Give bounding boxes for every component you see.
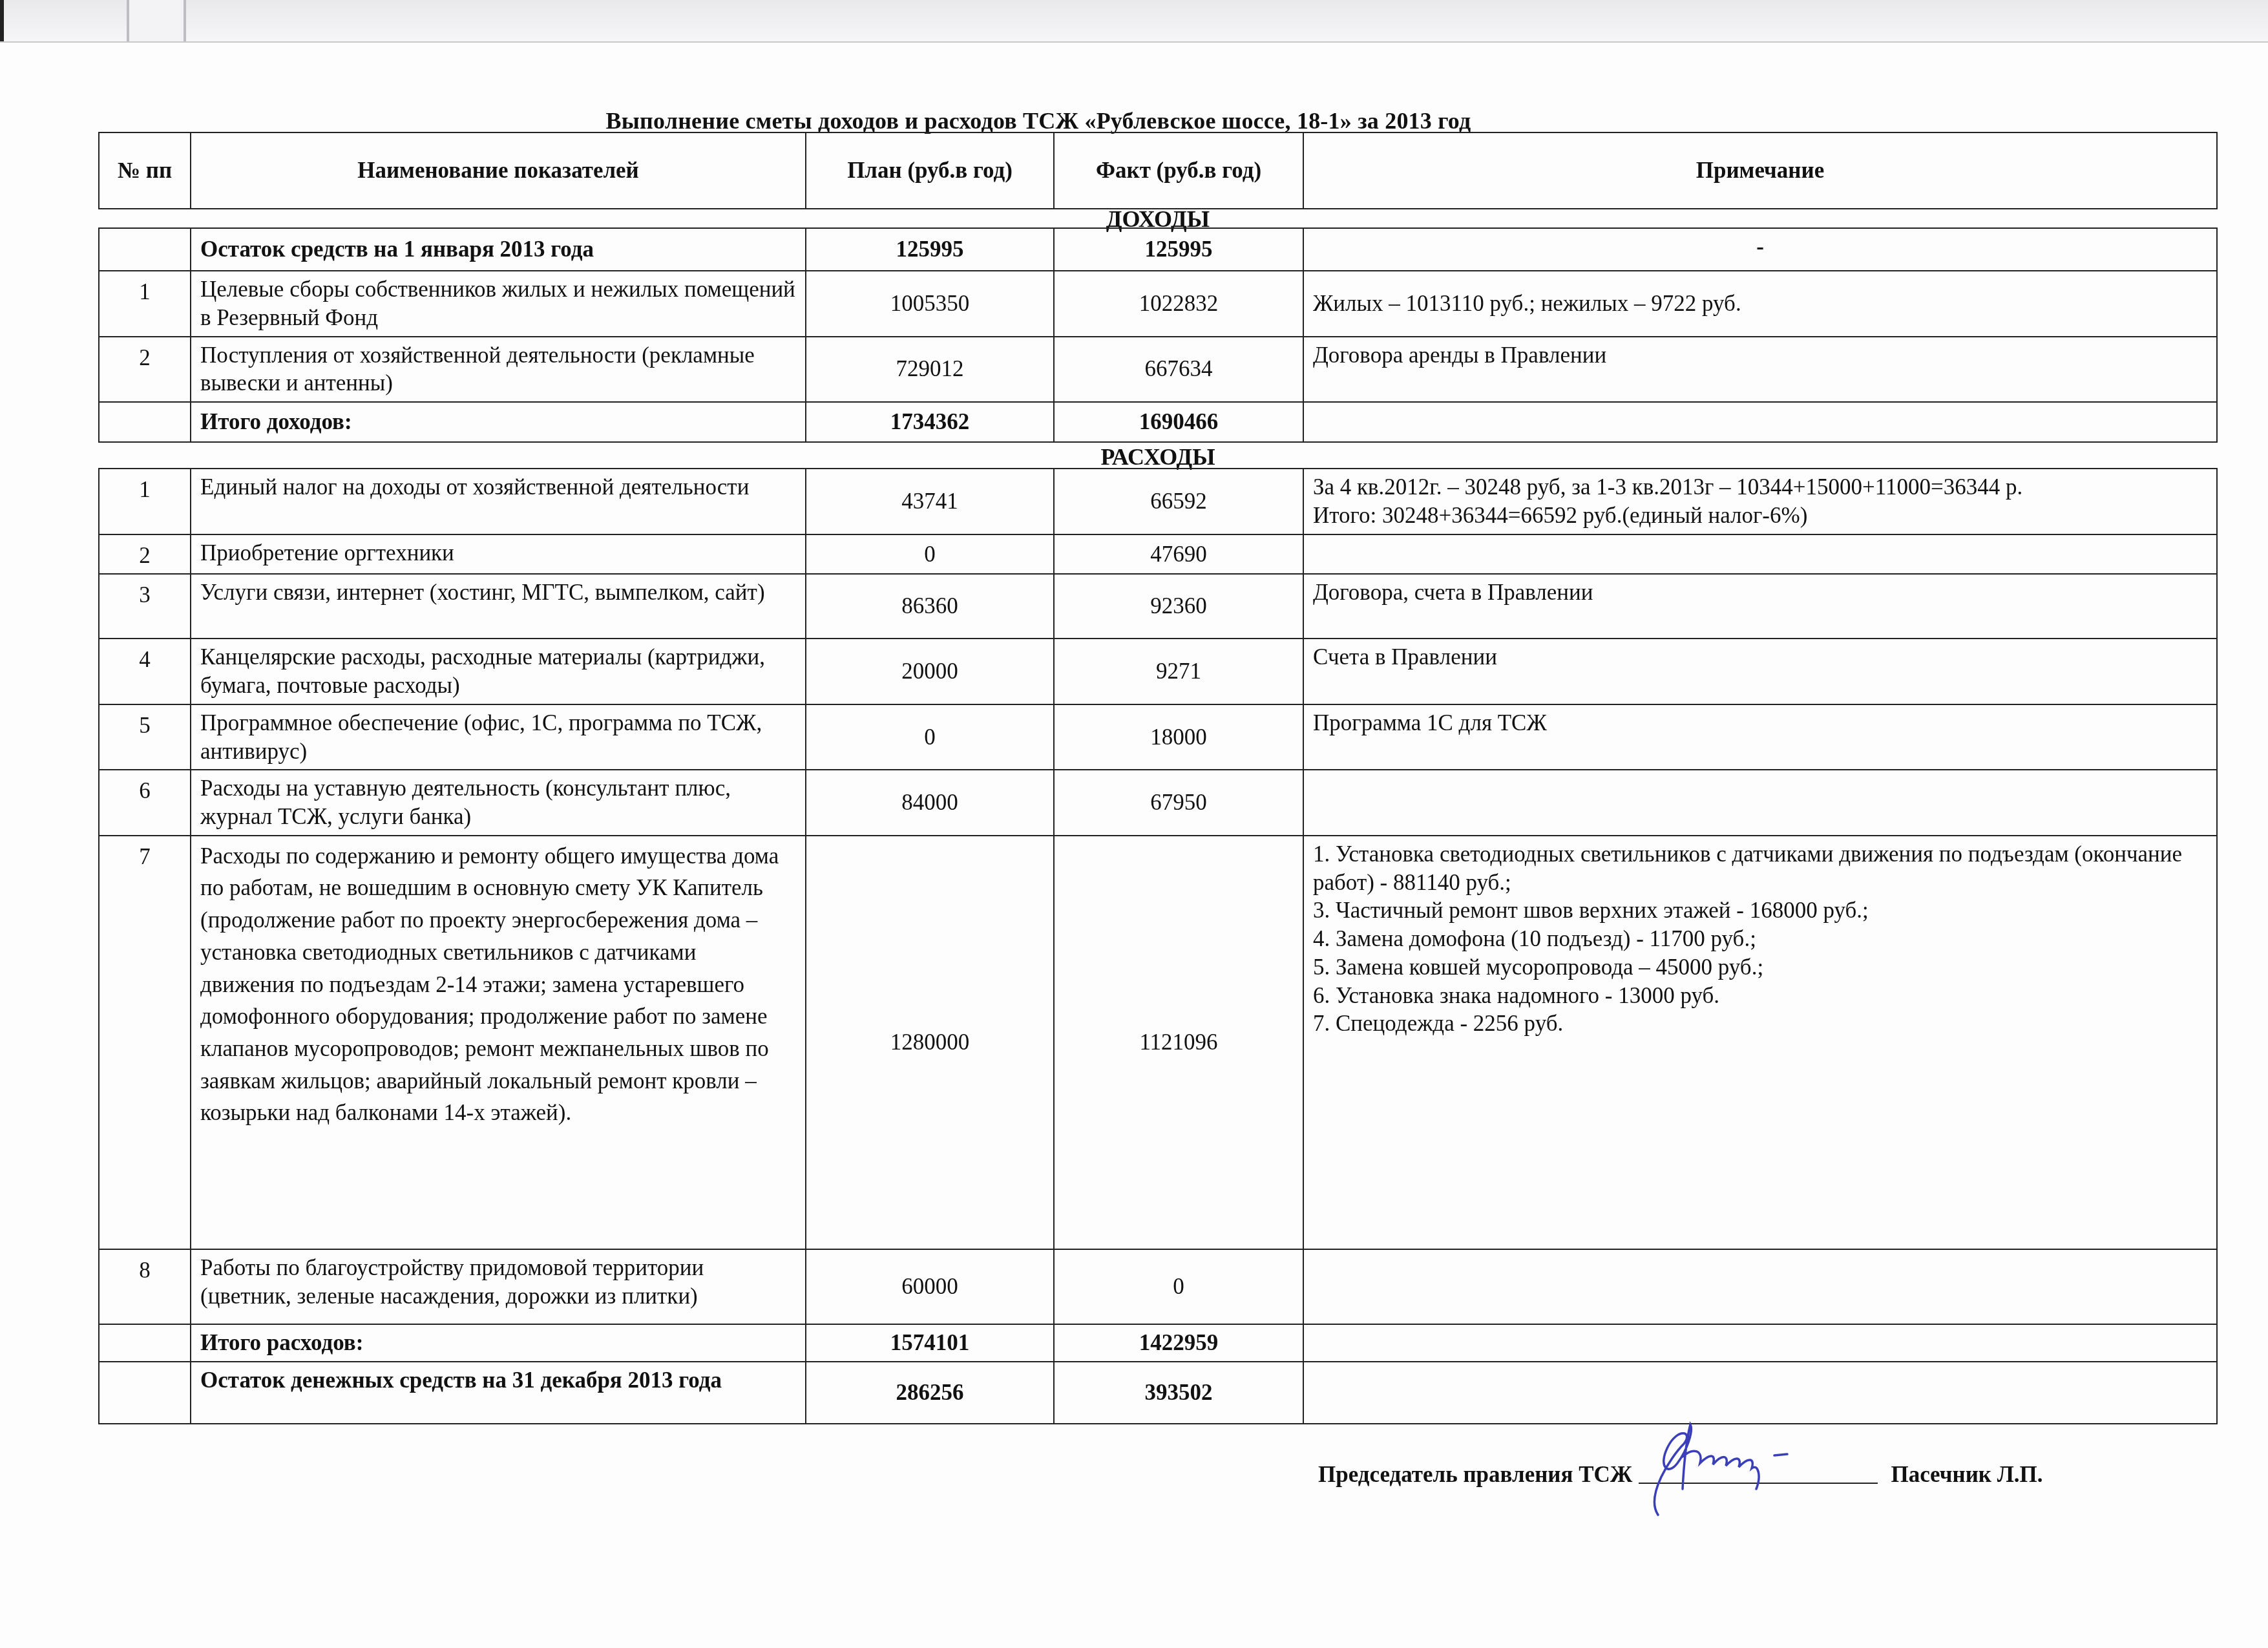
row-name: Услуги связи, интернет (хостинг, МГТС, в… — [191, 574, 806, 639]
income-total-plan: 1734362 — [806, 402, 1054, 442]
row-name: Приобретение оргтехники — [191, 534, 806, 575]
row-num: 1 — [99, 469, 191, 534]
signature-name: Пасечник Л.П. — [1891, 1462, 2042, 1488]
column-header-fact: Факт (руб.в год) — [1054, 132, 1303, 209]
note-line: 5. Замена ковшей мусоропровода – 45000 р… — [1313, 953, 2207, 982]
table-row-closing-balance: Остаток денежных средств на 31 декабря 2… — [99, 1362, 2217, 1424]
row-plan: 43741 — [806, 469, 1054, 534]
note-line: Программа 1С для ТСЖ — [1313, 709, 2207, 737]
row-fact: 667634 — [1054, 337, 1303, 403]
column-header-plan: План (руб.в год) — [806, 132, 1054, 209]
header-table: № пп Наименование показателей План (руб.… — [98, 132, 2218, 209]
row-note: Договора, счета в Правлении — [1303, 574, 2217, 639]
row-name: Расходы по содержанию и ремонту общего и… — [191, 836, 806, 1249]
scan-edge — [0, 0, 2268, 43]
table-row: 8Работы по благоустройству придомовой те… — [99, 1249, 2217, 1324]
row-num: 2 — [99, 534, 191, 575]
scan-binder-clip — [127, 0, 186, 41]
income-total-fact: 1690466 — [1054, 402, 1303, 442]
opening-balance-name: Остаток средств на 1 января 2013 года — [191, 228, 806, 271]
row-num: 7 — [99, 836, 191, 1249]
row-num: 5 — [99, 704, 191, 770]
row-note: Счета в Правлении — [1303, 639, 2217, 704]
table-row: 2Приобретение оргтехники047690 — [99, 534, 2217, 575]
row-plan: 0 — [806, 704, 1054, 770]
column-header-name: Наименование показателей — [191, 132, 806, 209]
opening-balance-note: - — [1303, 228, 2217, 271]
row-plan: 84000 — [806, 770, 1054, 836]
row-name: Поступления от хозяйственной деятельност… — [191, 337, 806, 403]
row-name: Единый налог на доходы от хозяйственной … — [191, 469, 806, 534]
expenses-total-plan: 1574101 — [806, 1324, 1054, 1362]
closing-balance-note — [1303, 1362, 2217, 1424]
expenses-total-fact: 1422959 — [1054, 1324, 1303, 1362]
column-header-num: № пп — [99, 132, 191, 209]
closing-balance-name: Остаток денежных средств на 31 декабря 2… — [191, 1362, 806, 1424]
row-note — [1303, 770, 2217, 836]
signature-role: Председатель правления ТСЖ — [1318, 1462, 1632, 1488]
note-line: За 4 кв.2012г. – 30248 руб, за 1-3 кв.20… — [1313, 473, 2207, 502]
row-name: Канцелярские расходы, расходные материал… — [191, 639, 806, 704]
table-row: 7Расходы по содержанию и ремонту общего … — [99, 836, 2217, 1249]
table-row: 6Расходы на уставную деятельность (консу… — [99, 770, 2217, 836]
row-num: 8 — [99, 1249, 191, 1324]
expenses-total-name: Итого расходов: — [191, 1324, 806, 1362]
row-name: Целевые сборы собственников жилых и нежи… — [191, 271, 806, 337]
column-header-note: Примечание — [1303, 132, 2217, 209]
handwritten-signature-icon — [1632, 1418, 1865, 1528]
note-line: Итого: 30248+36344=66592 руб.(единый нал… — [1313, 502, 2207, 530]
opening-balance-fact: 125995 — [1054, 228, 1303, 271]
row-note: 1. Установка светодиодных светильников с… — [1303, 836, 2217, 1249]
row-fact: 47690 — [1054, 534, 1303, 575]
row-name: Работы по благоустройству придомовой тер… — [191, 1249, 806, 1324]
row-num: 4 — [99, 639, 191, 704]
income-total-name: Итого доходов: — [191, 402, 806, 442]
table-row-opening-balance: Остаток средств на 1 января 2013 года 12… — [99, 228, 2217, 271]
income-table: Остаток средств на 1 января 2013 года 12… — [98, 227, 2218, 443]
row-plan: 1280000 — [806, 836, 1054, 1249]
row-note: Программа 1С для ТСЖ — [1303, 704, 2217, 770]
note-line: 7. Спецодежда - 2256 руб. — [1313, 1009, 2207, 1038]
row-name: Программное обеспечение (офис, 1С, прогр… — [191, 704, 806, 770]
row-fact: 9271 — [1054, 639, 1303, 704]
expenses-rows: 1Единый налог на доходы от хозяйственной… — [99, 469, 2217, 1324]
closing-balance-plan: 286256 — [806, 1362, 1054, 1424]
row-note — [1303, 1249, 2217, 1324]
row-num: 2 — [99, 337, 191, 403]
row-plan: 1005350 — [806, 271, 1054, 337]
signature-block: Председатель правления ТСЖ Пасечник Л.П. — [1318, 1462, 2043, 1488]
row-num: 1 — [99, 271, 191, 337]
table-row-income-total: Итого доходов: 1734362 1690466 — [99, 402, 2217, 442]
row-fact: 1022832 — [1054, 271, 1303, 337]
row-plan: 86360 — [806, 574, 1054, 639]
row-num: 6 — [99, 770, 191, 836]
signature-line — [1639, 1463, 1878, 1484]
expenses-total-note — [1303, 1324, 2217, 1362]
row-note: Договора аренды в Правлении — [1303, 337, 2217, 403]
row-num: 3 — [99, 574, 191, 639]
row-plan: 20000 — [806, 639, 1054, 704]
row-note — [1303, 534, 2217, 575]
document-title: Выполнение сметы доходов и расходов ТСЖ … — [98, 107, 1979, 134]
note-line: 3. Частичный ремонт швов верхних этажей … — [1313, 896, 2207, 925]
table-row: 1 Целевые сборы собственников жилых и не… — [99, 271, 2217, 337]
row-note: За 4 кв.2012г. – 30248 руб, за 1-3 кв.20… — [1303, 469, 2217, 534]
row-name: Расходы на уставную деятельность (консул… — [191, 770, 806, 836]
row-note: Жилых – 1013110 руб.; нежилых – 9722 руб… — [1303, 271, 2217, 337]
table-row: 2 Поступления от хозяйственной деятельно… — [99, 337, 2217, 403]
expenses-section-label: РАСХОДЫ — [98, 443, 2218, 470]
row-fact: 66592 — [1054, 469, 1303, 534]
row-fact: 67950 — [1054, 770, 1303, 836]
row-plan: 729012 — [806, 337, 1054, 403]
row-fact: 0 — [1054, 1249, 1303, 1324]
closing-balance-fact: 393502 — [1054, 1362, 1303, 1424]
note-line: 6. Установка знака надомного - 13000 руб… — [1313, 982, 2207, 1010]
expenses-table: 1Единый налог на доходы от хозяйственной… — [98, 468, 2218, 1424]
table-row: 3Услуги связи, интернет (хостинг, МГТС, … — [99, 574, 2217, 639]
scan-dark-edge — [0, 0, 4, 41]
table-row-expenses-total: Итого расходов: 1574101 1422959 — [99, 1324, 2217, 1362]
row-fact: 18000 — [1054, 704, 1303, 770]
table-row: 5Программное обеспечение (офис, 1С, прог… — [99, 704, 2217, 770]
table-row: 4Канцелярские расходы, расходные материа… — [99, 639, 2217, 704]
row-fact: 92360 — [1054, 574, 1303, 639]
note-line: 1. Установка светодиодных светильников с… — [1313, 840, 2207, 897]
row-fact: 1121096 — [1054, 836, 1303, 1249]
table-row: 1Единый налог на доходы от хозяйственной… — [99, 469, 2217, 534]
row-plan: 0 — [806, 534, 1054, 575]
opening-balance-plan: 125995 — [806, 228, 1054, 271]
row-plan: 60000 — [806, 1249, 1054, 1324]
income-total-note — [1303, 402, 2217, 442]
note-line: 4. Замена домофона (10 подъезд) - 11700 … — [1313, 925, 2207, 953]
note-line: Счета в Правлении — [1313, 643, 2207, 671]
note-line: Договора, счета в Правлении — [1313, 578, 2207, 607]
